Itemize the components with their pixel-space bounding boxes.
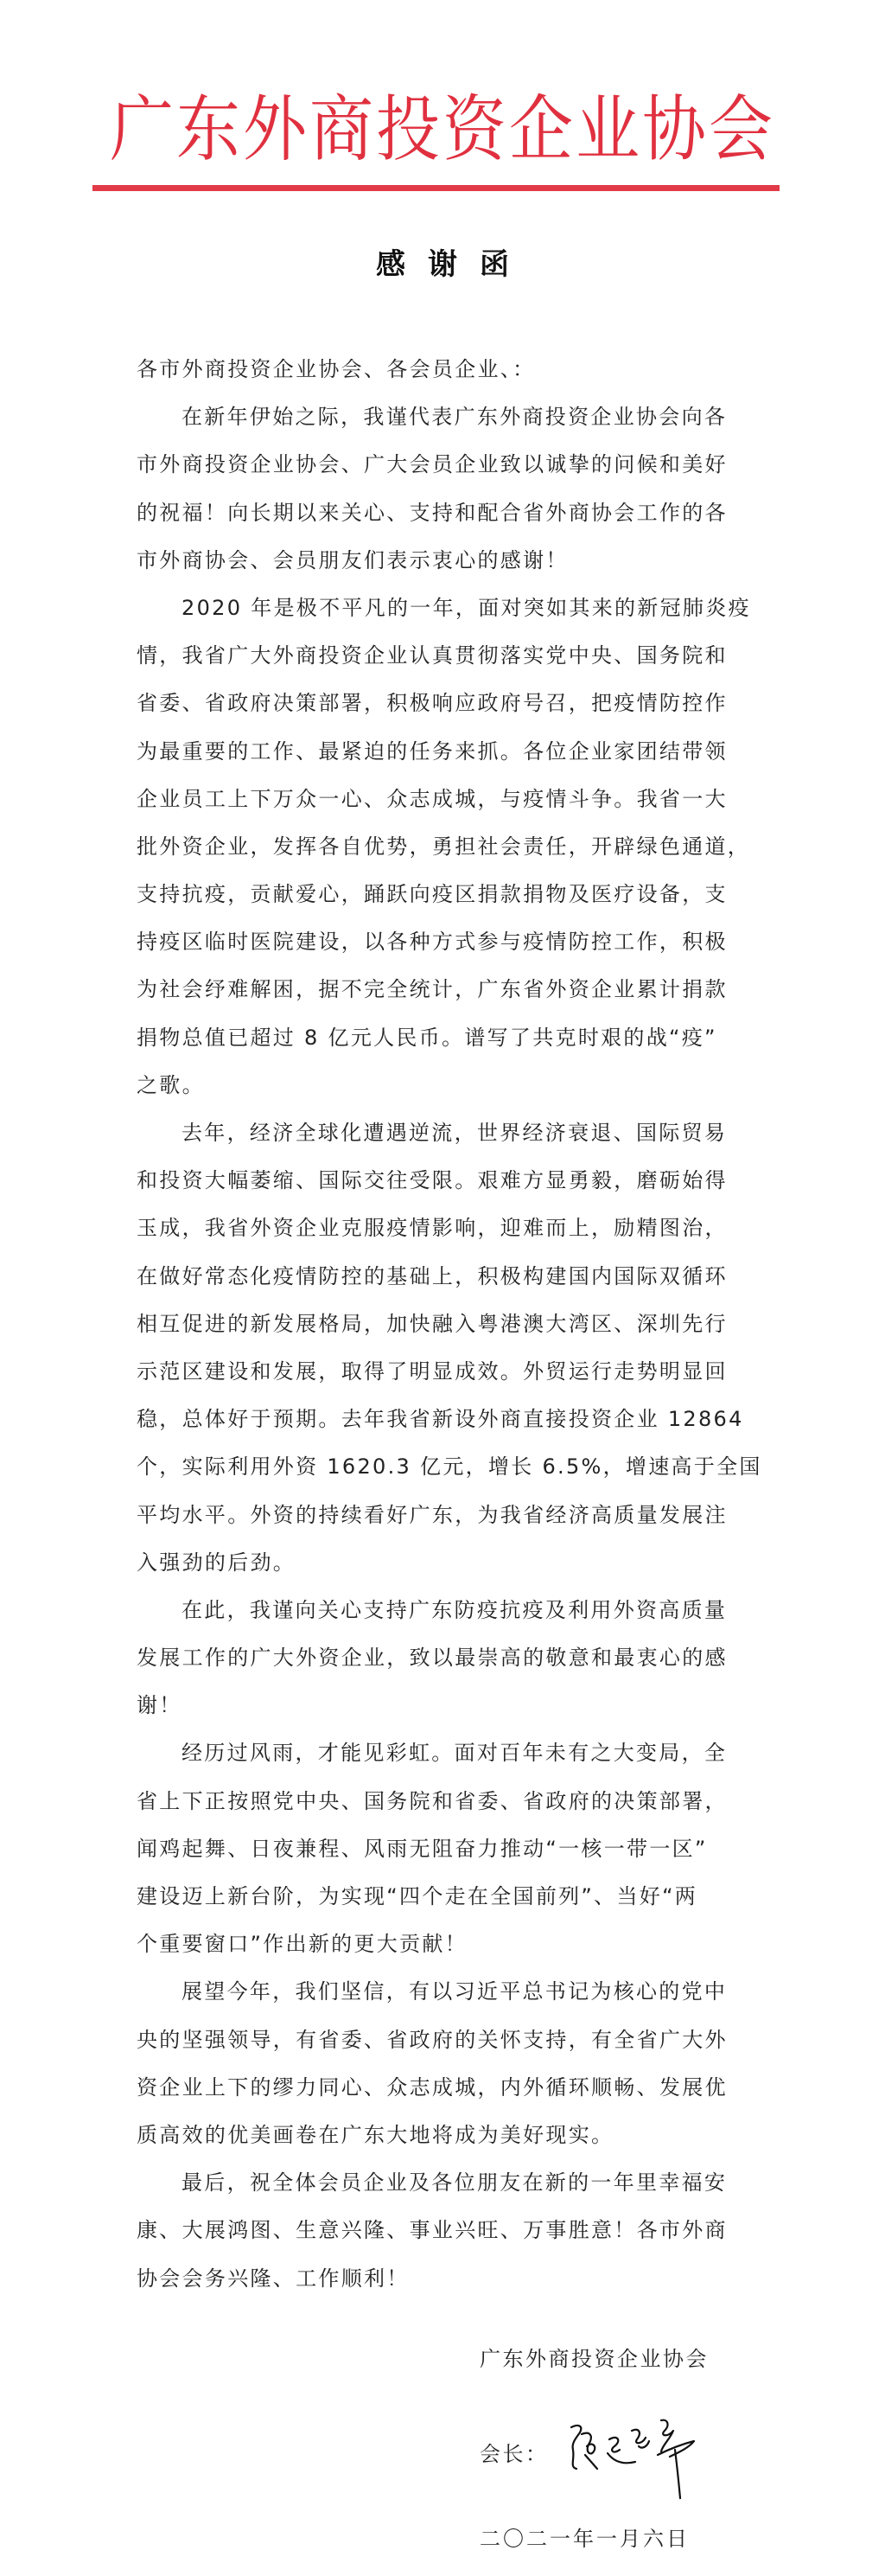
paragraph-line: 谢！ xyxy=(137,1682,742,1729)
paragraph-first-line: 展望今年，我们坚信，有以习近平总书记为核心的党中 xyxy=(137,1968,742,2016)
letterhead-red-rule xyxy=(92,185,780,191)
paragraph-line: 市外商投资企业协会、广大会员企业致以诚挚的问候和美好 xyxy=(137,441,742,489)
paragraph-line: 和投资大幅萎缩、国际交往受限。艰难方显勇毅，磨砺始得 xyxy=(137,1157,742,1205)
paragraph-line: 央的坚强领导，有省委、省政府的关怀支持，有全省广大外 xyxy=(137,2017,742,2064)
paragraph-first-line: 经历过风雨，才能见彩虹。面对百年未有之大变局，全 xyxy=(137,1729,742,1777)
paragraph-first-line: 最后，祝全体会员企业及各位朋友在新的一年里幸福安 xyxy=(137,2159,742,2207)
paragraph-line: 个，实际利用外资 1620.3 亿元，增长 6.5%，增速高于全国 xyxy=(137,1443,742,1491)
letter-date: 二〇二一年一月六日 xyxy=(480,2519,690,2559)
paragraph-line: 市外商协会、会员朋友们表示衷心的感谢！ xyxy=(137,537,742,585)
paragraph-line: 发展工作的广大外资企业，致以最崇高的敬意和最衷心的感 xyxy=(137,1634,742,1682)
paragraph-line: 建设迈上新台阶，为实现“四个走在全国前列”、当好“两 xyxy=(137,1873,742,1921)
paragraph-line: 捐物总值已超过 8 亿元人民币。谱写了共克时艰的战“疫” xyxy=(137,1014,742,1062)
paragraph-line: 持疫区临时医院建设，以各种方式参与疫情防控工作，积极 xyxy=(137,918,742,966)
document-title: 感谢函 xyxy=(0,246,885,284)
paragraph-line: 在做好常态化疫情防控的基础上，积极构建国内国际双循环 xyxy=(137,1253,742,1301)
paragraph-line: 质高效的优美画卷在广东大地将成为美好现实。 xyxy=(137,2112,742,2159)
paragraph-line: 闻鸡起舞、日夜兼程、风雨无阻奋力推动“一核一带一区” xyxy=(137,1825,742,1873)
paragraph-line: 省委、省政府决策部署，积极响应政府号召，把疫情防控作 xyxy=(137,680,742,727)
letterhead-organization-name: 广东外商投资企业协会 xyxy=(97,81,788,178)
paragraph-line: 为最重要的工作、最紧迫的任务来抓。各位企业家团结带领 xyxy=(137,728,742,776)
paragraph-line: 相互促进的新发展格局，加快融入粤港澳大湾区、深圳先行 xyxy=(137,1301,742,1348)
paragraph-line: 的祝福！向长期以来关心、支持和配合省外商协会工作的各 xyxy=(137,489,742,537)
paragraph-line: 示范区建设和发展，取得了明显成效。外贸运行走势明显回 xyxy=(137,1348,742,1396)
paragraph-line: 平均水平。外资的持续看好广东，为我省经济高质量发展注 xyxy=(137,1492,742,1539)
paragraph-first-line: 2020 年是极不平凡的一年，面对突如其来的新冠肺炎疫 xyxy=(137,585,742,632)
handwritten-signature-icon xyxy=(564,2415,711,2502)
salutation: 各市外商投资企业协会、各会员企业、： xyxy=(137,346,742,393)
paragraph-line: 个重要窗口”作出新的更大贡献！ xyxy=(137,1921,742,1968)
paragraph-line: 资企业上下的缪力同心、众志成城，内外循环顺畅、发展优 xyxy=(137,2064,742,2112)
paragraph-line: 稳，总体好于预期。去年我省新设外商直接投资企业 12864 xyxy=(137,1396,742,1443)
signing-organization: 广东外商投资企业协会 xyxy=(480,2339,709,2379)
paragraph-first-line: 在新年伊始之际，我谨代表广东外商投资企业协会向各 xyxy=(137,393,742,441)
paragraphs: 在新年伊始之际，我谨代表广东外商投资企业协会向各市外商投资企业协会、广大会员企业… xyxy=(137,393,742,2303)
paragraph-line: 协会会务兴隆、工作顺利！ xyxy=(137,2255,742,2303)
paragraph-first-line: 去年，经济全球化遭遇逆流，世界经济衰退、国际贸易 xyxy=(137,1109,742,1157)
paragraph-line: 情，我省广大外商投资企业认真贯彻落实党中央、国务院和 xyxy=(137,632,742,680)
paragraph-line: 康、大展鸿图、生意兴隆、事业兴旺、万事胜意！各市外商 xyxy=(137,2207,742,2254)
paragraph-line: 之歌。 xyxy=(137,1062,742,1109)
paragraph-line: 批外资企业，发挥各自优势，勇担社会责任，开辟绿色通道， xyxy=(137,823,742,871)
paragraph-line: 支持抗疫，贡献爱心，踊跃向疫区捐款捐物及医疗设备，支 xyxy=(137,871,742,918)
president-label: 会长： xyxy=(480,2434,549,2474)
paragraph-line: 为社会纾难解困，据不完全统计，广东省外资企业累计捐款 xyxy=(137,966,742,1013)
paragraph-line: 企业员工上下万众一心、众志成城，与疫情斗争。我省一大 xyxy=(137,776,742,823)
letter-body: 各市外商投资企业协会、各会员企业、： 在新年伊始之际，我谨代表广东外商投资企业协… xyxy=(137,346,742,2303)
paragraph-line: 入强劲的后劲。 xyxy=(137,1539,742,1587)
paragraph-line: 省上下正按照党中央、国务院和省委、省政府的决策部署， xyxy=(137,1778,742,1825)
paragraph-first-line: 在此，我谨向关心支持广东防疫抗疫及利用外资高质量 xyxy=(137,1587,742,1634)
paragraph-line: 玉成，我省外资企业克服疫情影响，迎难而上，励精图治， xyxy=(137,1205,742,1252)
